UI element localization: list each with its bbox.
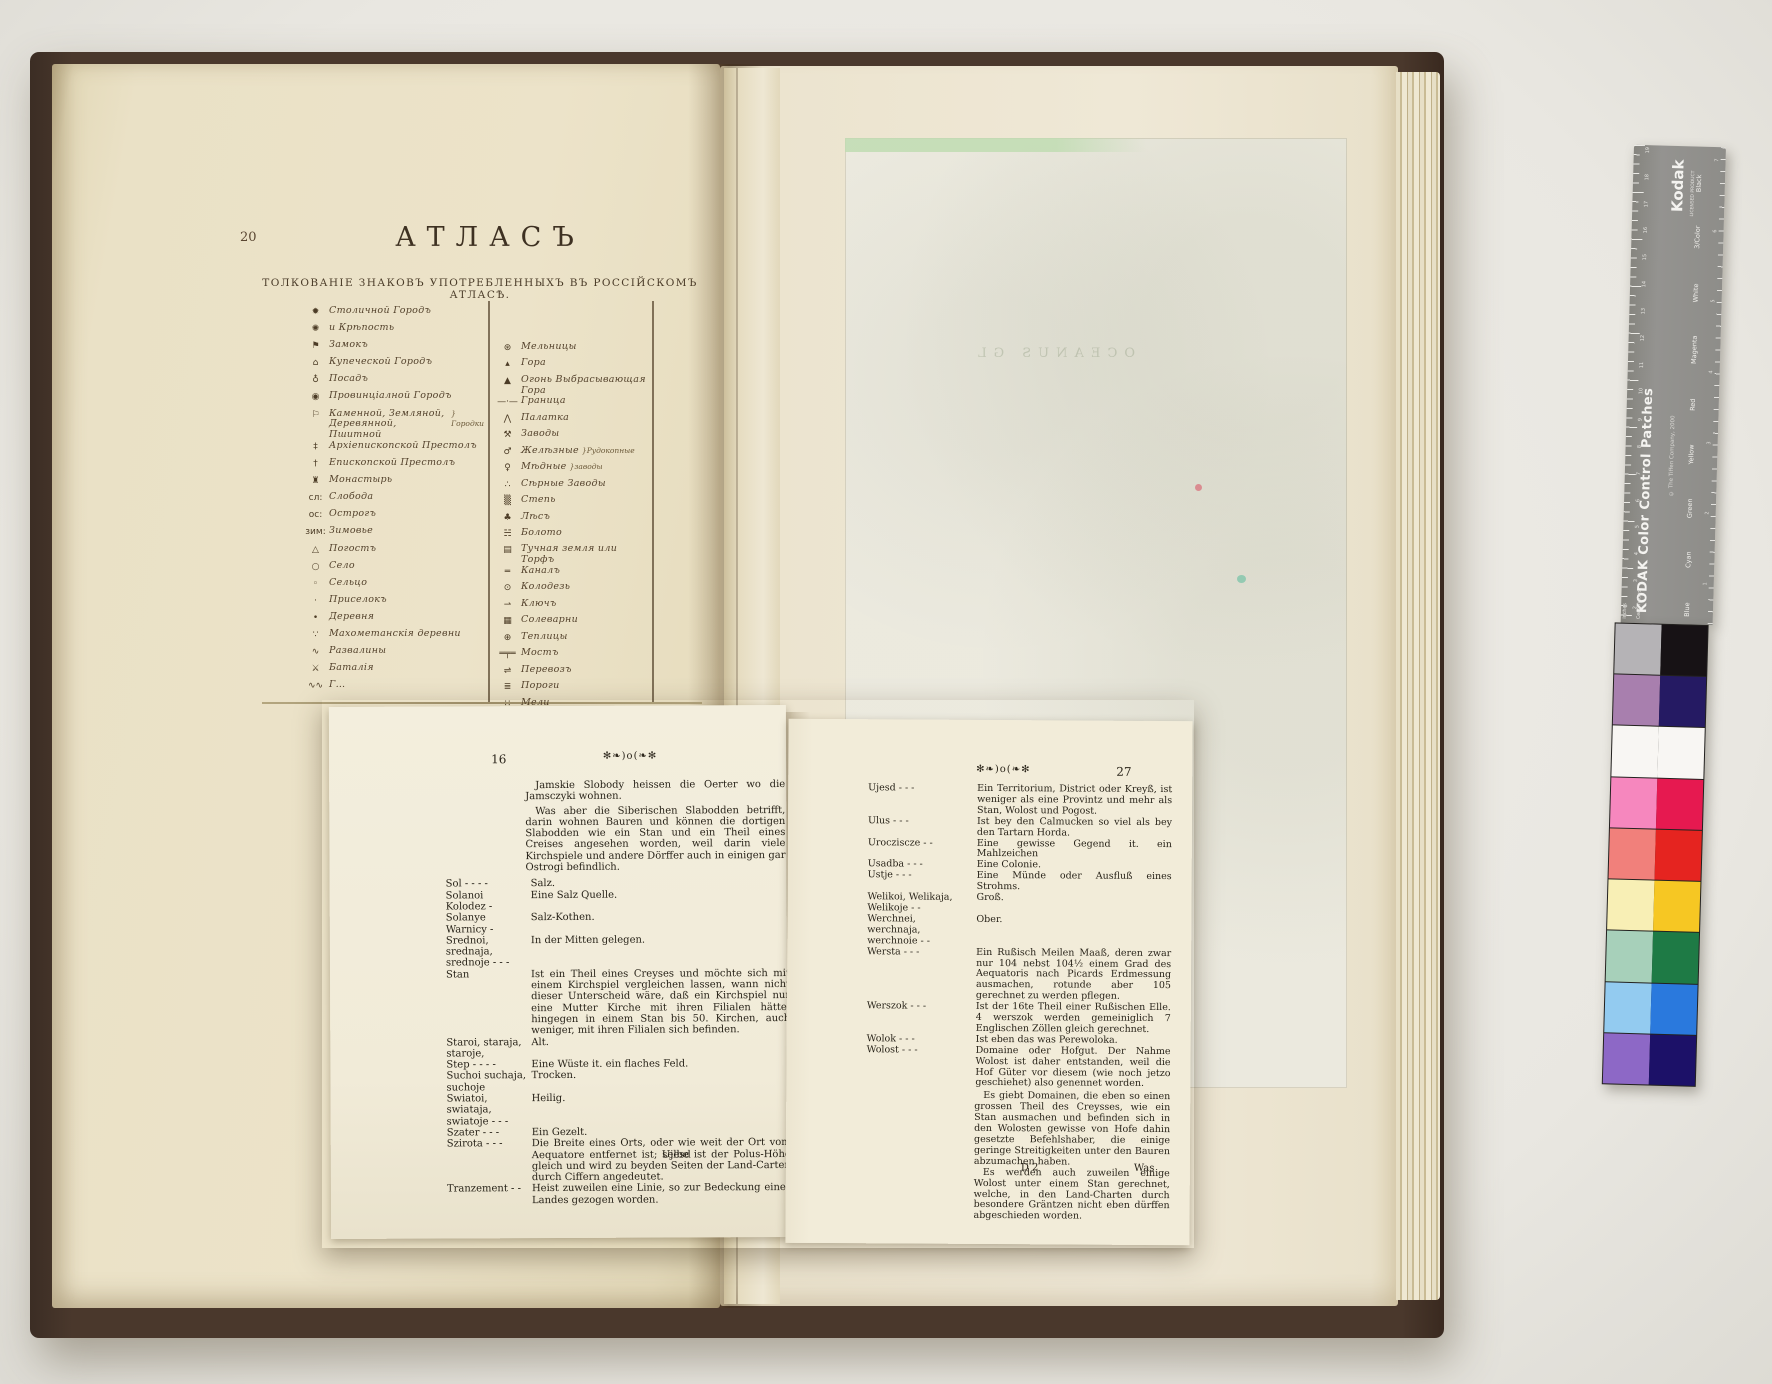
glossary-definition: Groß. xyxy=(976,893,1171,916)
color-patch-row xyxy=(1610,777,1703,830)
color-patch-column xyxy=(1602,622,1709,1086)
map-symbol-icon: зим: xyxy=(302,526,329,538)
map-symbol-icon: ∴ xyxy=(494,479,521,491)
legend-label: Перевозъ xyxy=(521,665,572,676)
booklet-right-page: ✻❧)o(❧✻ 27 Ujesd - - - Ein Territorium, … xyxy=(785,719,1192,1245)
legend-label: Провинціалной Городъ xyxy=(329,391,452,402)
glossary-definition: Salz-Kothen. xyxy=(531,911,790,935)
legend-item: ◦ Сельцо xyxy=(302,578,484,595)
map-symbol-icon: ♜ xyxy=(302,475,329,487)
legend-label: Столичной Городъ xyxy=(329,306,431,317)
glossary-term: Srednoi, srednaja, srednoje - - - xyxy=(446,935,526,969)
glossary-term: Szirota - - - xyxy=(447,1138,527,1184)
glossary-definition: Eine Salz Quelle. xyxy=(531,889,790,913)
legend-item: ═ Каналъ xyxy=(494,566,652,582)
paragraph: Es werden auch zuweilen einige Wolost un… xyxy=(974,1168,1170,1224)
intro-paragraphs: Jamskie Slobody heissen die Oerter wo di… xyxy=(525,779,785,874)
atlas-subtitle: ТОЛКОВАНІЕ ЗНАКОВЪ УПОТРЕБЛЕННЫХЪ ВЪ РОС… xyxy=(255,277,705,301)
patch-tint-swatch xyxy=(1604,982,1651,1033)
inch-number: 5 xyxy=(1710,300,1716,303)
red-speck xyxy=(1195,484,1202,491)
legend-item: сл: Слобода xyxy=(302,492,484,509)
patch-solid-swatch xyxy=(1659,676,1706,727)
legend-item: ▤ Тучная земля или Торфъ xyxy=(494,544,652,566)
patch-tint-swatch xyxy=(1610,777,1657,828)
map-symbol-icon: • xyxy=(302,612,329,624)
legend-column-left: ✹ Столичной Городъ ✺ и Крѣпость ⚑ Замокъ… xyxy=(302,306,484,697)
page-edge-stack xyxy=(1396,72,1440,1300)
glossary-definition: In der Mitten gelegen. xyxy=(531,934,790,969)
legend-item: ⌂ Купеческой Городъ xyxy=(302,357,484,374)
color-label: Yellow xyxy=(1687,444,1696,464)
legend-item: зим: Зимовье xyxy=(302,526,484,543)
glossary-definition: Eine gewisse Gegend it. ein Mahlzeichen xyxy=(977,838,1172,861)
map-symbol-icon: ═╤═ xyxy=(494,648,521,660)
legend-item: ✺ и Крѣпость xyxy=(302,323,484,340)
legend-item: • Деревня xyxy=(302,612,484,629)
cm-number: 18 xyxy=(1644,174,1650,181)
patch-tint-swatch xyxy=(1609,828,1656,879)
map-green-band xyxy=(845,138,1146,152)
photographed-book-scene: 20 АТЛАСЪ ТОЛКОВАНІЕ ЗНАКОВЪ УПОТРЕБЛЕНН… xyxy=(0,0,1772,1384)
patch-solid-swatch xyxy=(1649,1034,1696,1085)
glossary-definition: Ist der 16te Theil einer Rußischen Elle.… xyxy=(976,1002,1171,1036)
map-symbol-icon: ♣ xyxy=(494,512,521,524)
legend-label: Мѣдные xyxy=(521,462,567,473)
legend-brace-note: }Городки xyxy=(451,409,484,431)
booklet-left-page: 16 ✻❧)o(❧✻ Jamskie Slobody heissen die O… xyxy=(329,705,788,1239)
map-symbol-icon: ▒ xyxy=(494,495,521,507)
glossary-term: Tranzement - - xyxy=(447,1184,527,1207)
map-symbol-icon: ✺ xyxy=(302,323,329,335)
legend-item: —·— Граница xyxy=(494,396,652,412)
legend-item: △ Погостъ xyxy=(302,544,484,561)
booklet-right-body: Ujesd - - - Ein Territorium, District od… xyxy=(866,783,1173,1223)
legend-item: ♀ Мѣдные }заводы xyxy=(494,462,652,478)
legend-label: Каменной, Земляной, Деревянной, Пшитной xyxy=(329,409,448,441)
legend-item: ▦ Солеварни xyxy=(494,615,652,631)
kodak-brand-logo: Kodak xyxy=(1668,152,1688,212)
color-label: Red xyxy=(1689,398,1697,411)
legend-label: Солеварни xyxy=(521,615,578,626)
legend-label: Г… xyxy=(329,680,345,691)
patch-solid-swatch xyxy=(1652,932,1699,983)
legend-label: Колодезь xyxy=(521,582,570,593)
color-patch-row xyxy=(1606,931,1699,984)
legend-label: Палатка xyxy=(521,413,569,424)
catchword: Ujesd xyxy=(611,1149,691,1160)
inch-number: 6 xyxy=(1712,229,1718,232)
booklet-left-page-number: 16 xyxy=(491,752,506,766)
legend-column-right: ⊛ Мельницы ▴ Гора ▲ Огонь Выбрасывающая … xyxy=(494,342,652,714)
glossary-term: Ulus - - - xyxy=(868,816,972,838)
inch-number: 7 xyxy=(1714,158,1720,161)
header-ornament: ✻❧)o(❧✻ xyxy=(567,750,693,762)
legend-label: Сѣрные Заводы xyxy=(521,479,606,490)
legend-item: ⇌ Перевозъ xyxy=(494,665,652,681)
legend-label: Баталія xyxy=(329,663,374,674)
atlas-title: АТЛАСЪ xyxy=(300,222,680,253)
legend-item: ▒ Степь xyxy=(494,495,652,511)
map-symbol-icon: ⇀ xyxy=(494,599,521,611)
glossary-definition: Trocken. xyxy=(531,1069,790,1093)
legend-item: ⊙ Колодезь xyxy=(494,582,652,598)
glossary-term: Solanye Warnicy - xyxy=(446,912,526,935)
color-patch-row xyxy=(1604,982,1697,1035)
legend-label: Посадъ xyxy=(329,374,368,385)
map-symbol-icon: ▦ xyxy=(494,615,521,627)
booklet-right-page-number: 27 xyxy=(1116,765,1131,779)
glossary-term: Wolost - - - xyxy=(866,1045,970,1089)
cm-number: 17 xyxy=(1643,200,1649,207)
legend-label: Лѣсъ xyxy=(521,512,550,523)
glossary-definition: Heist zuweilen eine Linie, so zur Bedeck… xyxy=(532,1182,791,1206)
legend-label: Мостъ xyxy=(521,648,559,659)
color-label: Green xyxy=(1686,498,1695,518)
map-symbol-icon: ♀ xyxy=(494,462,521,474)
color-label: Blue xyxy=(1683,602,1691,617)
glossary-term: Step - - - - xyxy=(446,1059,526,1071)
legend-item: ∿ Развалины xyxy=(302,646,484,663)
glossary-right: Ujesd - - - Ein Territorium, District od… xyxy=(866,783,1172,1090)
legend-item: ≣ Пороги xyxy=(494,681,652,697)
legend-label: и Крѣпость xyxy=(329,323,394,334)
legend-item: ⚔ Баталія xyxy=(302,663,484,680)
legend-label: Степь xyxy=(521,495,556,506)
map-symbol-icon: ∿∿ xyxy=(302,680,329,692)
legend-item: ♁ Посадъ xyxy=(302,374,484,391)
legend-item: ∵ Махометанскія деревни xyxy=(302,629,484,646)
color-label: White xyxy=(1692,283,1701,302)
glossary-definition: Ein Rußisch Meilen Maaß, deren zwar nur … xyxy=(976,948,1171,1004)
inch-number: 2 xyxy=(1704,512,1710,515)
legend-label: Каналъ xyxy=(521,566,560,577)
color-patch-row xyxy=(1614,623,1707,676)
legend-label: Слобода xyxy=(329,492,373,503)
legend-label: Сельцо xyxy=(329,578,367,589)
patch-solid-swatch xyxy=(1655,830,1702,881)
legend-label: Мельницы xyxy=(521,342,577,353)
legend-label: Приселокъ xyxy=(329,595,387,606)
map-symbol-icon: ∵ xyxy=(302,629,329,641)
color-patch-row xyxy=(1611,726,1704,779)
map-symbol-icon: —·— xyxy=(494,396,521,408)
glossary-term: Sol - - - - xyxy=(446,879,526,891)
glossary-definition: Ein Territorium, District oder Kreyß, is… xyxy=(977,784,1172,818)
glossary-term: Szater - - - xyxy=(447,1127,527,1139)
color-patch-row xyxy=(1607,879,1700,932)
legend-item: ∿∿ Г… xyxy=(302,680,484,697)
legend-label: Махометанскія деревни xyxy=(329,629,461,640)
legend-item: ☵ Болото xyxy=(494,528,652,544)
map-symbol-icon: † xyxy=(302,458,329,470)
patch-solid-swatch xyxy=(1657,727,1704,778)
teal-speck xyxy=(1237,575,1246,583)
legend-label: Монастырь xyxy=(329,475,392,486)
legend-label: Епископской Престолъ xyxy=(329,458,455,469)
glossary-term: Wersta - - - xyxy=(867,947,971,1002)
legend-item: ⋀ Палатка xyxy=(494,413,652,429)
map-symbol-icon: △ xyxy=(302,544,329,556)
patch-solid-swatch xyxy=(1653,881,1700,932)
map-symbol-icon: ▴ xyxy=(494,358,521,370)
patch-tint-swatch xyxy=(1607,879,1654,930)
legend-label: Ключъ xyxy=(521,599,557,610)
color-patch-row xyxy=(1613,675,1706,728)
color-patch-row xyxy=(1609,828,1702,881)
glossary-definition: Eine Münde oder Ausfluß eines Strohms. xyxy=(977,871,1172,894)
color-patch-row xyxy=(1603,1033,1696,1086)
glossary-term: Welikoi, Welikaja, Welikoje - - xyxy=(867,892,971,914)
legend-label: Теплицы xyxy=(521,632,568,643)
map-symbol-icon: ♁ xyxy=(302,374,329,386)
legend-item: ◉ Провинціалной Городъ xyxy=(302,391,484,408)
map-symbol-icon: ═ xyxy=(494,566,521,578)
legend-item: ⚑ Замокъ xyxy=(302,340,484,357)
color-label: Cyan xyxy=(1684,552,1692,569)
glossary-definition: Ist bey den Calmucken so viel als bey de… xyxy=(977,817,1172,840)
map-symbol-icon: ☵ xyxy=(494,528,521,540)
patch-tint-swatch xyxy=(1613,675,1660,726)
kodak-color-control-strip: 2345678910111213141516171819 1234567 KOD… xyxy=(1602,145,1728,1091)
legend-brace-note: }заводы xyxy=(570,462,603,473)
patch-solid-swatch xyxy=(1656,778,1703,829)
inch-number: 3 xyxy=(1706,441,1712,444)
paragraph: Jamskie Slobody heissen die Oerter wo di… xyxy=(525,779,785,803)
paragraph: Was aber die Siberischen Slabodden betri… xyxy=(525,805,785,874)
inch-number: 4 xyxy=(1708,370,1714,373)
patch-solid-swatch xyxy=(1660,625,1707,676)
header-ornament: ✻❧)o(❧✻ xyxy=(938,764,1068,776)
glossary-term: Solanoi Kolodez - xyxy=(446,890,526,913)
legend-item: ♂ Желѣзные }Рудокопные xyxy=(494,446,652,462)
map-symbol-icon: · xyxy=(302,595,329,607)
map-symbol-icon: ⌂ xyxy=(302,357,329,369)
glossary-term: Werchnei, werchnaja, werchnoie - - xyxy=(867,914,971,947)
legend-item: ⚒ Заводы xyxy=(494,429,652,445)
map-symbol-icon: сл: xyxy=(302,492,329,504)
map-symbol-icon: ⚒ xyxy=(494,429,521,441)
map-symbol-icon: ♂ xyxy=(494,446,521,458)
map-symbol-icon: ⊙ xyxy=(494,582,521,594)
glossary-term: Staroi, staraja, staroje, xyxy=(446,1037,526,1060)
map-symbol-icon: ∿ xyxy=(302,646,329,658)
legend-item: ⊛ Мельницы xyxy=(494,342,652,358)
legend-item: · Приселокъ xyxy=(302,595,484,612)
legend-item: † Епископской Престолъ xyxy=(302,458,484,475)
legend-label: Архіепископской Престолъ xyxy=(329,441,477,452)
map-symbol-icon: ос: xyxy=(302,509,329,521)
legend-label: Деревня xyxy=(329,612,374,623)
kodak-copyright: © The Tiffen Company, 2000 xyxy=(1668,296,1680,496)
legend-column-divider xyxy=(488,301,490,702)
color-label: Black xyxy=(1695,174,1703,192)
map-symbol-icon: ⚔ xyxy=(302,663,329,675)
closing-paragraphs: Es giebt Domainen, die eben so einen gro… xyxy=(974,1091,1171,1223)
map-symbol-icon: ⇌ xyxy=(494,665,521,677)
map-symbol-icon: ◉ xyxy=(302,391,329,403)
glossary-definition: Ist ein Theil eines Creyses und möchte s… xyxy=(531,968,790,1037)
legend-label: Гора xyxy=(521,358,546,369)
legend-label: Замокъ xyxy=(329,340,368,351)
legend-label: Желѣзные xyxy=(521,446,579,457)
glossary-definition: Alt. xyxy=(531,1036,790,1060)
map-symbol-icon: ‡ xyxy=(302,441,329,453)
glossary-term: Urocziscze - - xyxy=(868,838,972,860)
legend-item: ∴ Сѣрные Заводы xyxy=(494,479,652,495)
legend-item: ос: Острогъ xyxy=(302,509,484,526)
map-symbol-icon: ≣ xyxy=(494,681,521,693)
patch-tint-swatch xyxy=(1606,931,1653,982)
legend-label: Развалины xyxy=(329,646,386,657)
legend-label: Село xyxy=(329,561,355,572)
color-label: Magenta xyxy=(1690,336,1699,365)
glossary-term: Ujesd - - - xyxy=(868,783,972,816)
legend-item: ⚐ Каменной, Земляной, Деревянной, Пшитно… xyxy=(302,409,484,441)
kodak-ruler: 2345678910111213141516171819 1234567 KOD… xyxy=(1621,145,1726,625)
legend-item: ▲ Огонь Выбрасывающая Гора xyxy=(494,375,652,397)
cm-number: 19 xyxy=(1645,147,1651,154)
signature-mark: D 2 xyxy=(1021,1162,1039,1173)
glossary-term: Swiatoi, swiataja, swiatoje - - - xyxy=(447,1093,527,1127)
glossary-term: Ustje - - - xyxy=(868,871,972,893)
glossary-definition: Heilig. xyxy=(532,1092,791,1127)
legend-brace-note: }Рудокопные xyxy=(582,446,635,457)
legend-item: ⊕ Теплицы xyxy=(494,632,652,648)
mirrored-map-title: OCEANUS GL xyxy=(875,346,1135,361)
legend-label: Заводы xyxy=(521,429,559,440)
patch-color-labels: BlueCyanGreenYellowRedMagentaWhite3/Colo… xyxy=(1683,174,1703,616)
catchword: Was xyxy=(1134,1163,1155,1174)
legend-item: ○ Село xyxy=(302,561,484,578)
legend-label: Пороги xyxy=(521,681,560,692)
glossary-term: Stan xyxy=(446,969,526,1037)
legend-item: ▴ Гора xyxy=(494,358,652,374)
patch-tint-swatch xyxy=(1611,726,1658,777)
legend-label: Огонь Выбрасывающая Гора xyxy=(521,375,649,397)
glossary-term: Werszok - - - xyxy=(867,1001,971,1034)
color-label: 3/Color xyxy=(1693,226,1702,250)
map-symbol-icon: ⚑ xyxy=(302,340,329,352)
map-symbol-icon: ○ xyxy=(302,561,329,573)
map-symbol-icon: ⚐ xyxy=(302,409,329,421)
patch-tint-swatch xyxy=(1603,1033,1650,1084)
map-symbol-icon: ▤ xyxy=(494,544,521,556)
map-symbol-icon: ⊛ xyxy=(494,342,521,354)
legend-item: ♣ Лѣсъ xyxy=(494,512,652,528)
map-symbol-icon: ◦ xyxy=(302,578,329,590)
booklet-left-body: Jamskie Slobody heissen die Oerter wo di… xyxy=(445,779,791,1206)
legend-label: Болото xyxy=(521,528,562,539)
legend-label: Зимовье xyxy=(329,526,373,537)
glossary-term: Suchoi suchaja, suchoje xyxy=(446,1071,526,1094)
map-symbol-icon: ⋀ xyxy=(494,413,521,425)
glossary-definition: Domaine oder Hofgut. Der Nahme Wolost is… xyxy=(975,1046,1170,1091)
legend-item: ‡ Архіепископской Престолъ xyxy=(302,441,484,458)
legend-label: Тучная земля или Торфъ xyxy=(521,544,649,566)
map-symbol-icon: ▲ xyxy=(494,375,521,387)
legend-item: ═╤═ Мостъ xyxy=(494,648,652,664)
legend-item: ⇀ Ключъ xyxy=(494,599,652,615)
patch-solid-swatch xyxy=(1650,983,1697,1034)
glossary-definition: Ober. xyxy=(976,915,1171,949)
map-symbol-icon: ⊕ xyxy=(494,632,521,644)
legend-label: Острогъ xyxy=(329,509,376,520)
atlas-folio-number: 20 xyxy=(240,230,257,245)
legend-label: Граница xyxy=(521,396,566,407)
legend-label: Погостъ xyxy=(329,544,376,555)
paragraph: Es giebt Domainen, die eben so einen gro… xyxy=(974,1091,1170,1169)
map-symbol-icon: ✹ xyxy=(302,306,329,318)
legend-item: ♜ Монастырь xyxy=(302,475,484,492)
legend-right-border xyxy=(652,301,654,702)
patch-tint-swatch xyxy=(1614,623,1661,674)
inch-number: 1 xyxy=(1702,582,1708,585)
legend-item: ✹ Столичной Городъ xyxy=(302,306,484,323)
legend-label: Купеческой Городъ xyxy=(329,357,432,368)
